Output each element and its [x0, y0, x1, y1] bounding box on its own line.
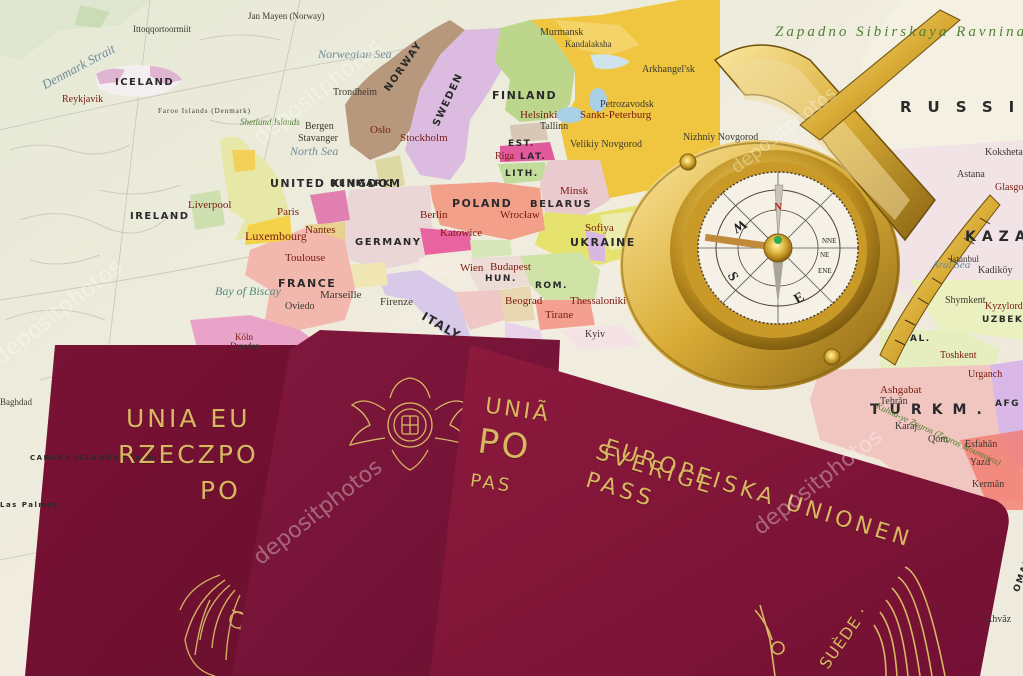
map-label: Oviedo [285, 302, 314, 312]
country-label: IRELAND [130, 212, 190, 222]
map-label: Marseille [320, 290, 362, 301]
map-label: Murmansk [540, 28, 583, 38]
map-label: Glasgow [995, 183, 1023, 193]
map-label: Riga [495, 152, 514, 162]
map-label: Ahvāz [985, 615, 1011, 625]
compass-north-letter: N [774, 202, 782, 213]
map-label: Las Palmas [0, 502, 59, 509]
passport-poland-line-2: RZECZPO [118, 440, 259, 469]
map-label: Esfahān [965, 440, 997, 450]
passport-poland-line-1: UNIA EU [126, 404, 251, 433]
map-label: Ittoqqortoormiit [133, 25, 191, 34]
map-label: Kermān [972, 480, 1004, 490]
map-label: Shymkent [945, 296, 986, 306]
map-label: Tirane [545, 310, 573, 321]
passport-portugal-line-2: PO [475, 421, 533, 468]
map-label: Zapadno Sibirskaya Ravnina (West Siberia… [775, 25, 1023, 40]
compass-label-ene: ENE [818, 268, 832, 275]
map-label: Liverpool [188, 200, 231, 211]
map-label: Kadiköy [978, 266, 1012, 276]
map-label: Jan Mayen (Norway) [248, 12, 324, 21]
map-label: Oslo [370, 125, 391, 136]
country-label: LAT. [520, 153, 546, 162]
map-label: Aral Sea [932, 260, 970, 271]
country-label: ROM. [535, 282, 568, 291]
map-label: Nantes [305, 225, 336, 236]
map-label: Tallinn [540, 122, 568, 132]
map-label: Kyiv [585, 330, 605, 340]
map-label: Beograd [505, 296, 542, 307]
map-label: Sofiya [585, 223, 614, 234]
country-label: POLAND [452, 198, 512, 209]
map-label: Astana [957, 170, 985, 180]
map-label: Thessaloniki [570, 296, 626, 307]
country-label: UKRAINE [570, 237, 636, 248]
map-label: Berlin [420, 210, 448, 221]
map-label: Wrocław [500, 210, 540, 221]
map-label: Toshkent [940, 351, 977, 361]
map-label: Arkhangel'sk [642, 65, 695, 75]
map-label: Ashgabat [880, 385, 922, 396]
map-label: Yazd [970, 458, 990, 468]
country-label: LITH. [505, 170, 539, 179]
map-label: Dresden [230, 342, 260, 351]
map-label: Katowice [440, 228, 482, 239]
country-label: EST. [508, 140, 535, 149]
compass-label-ne: NE [820, 252, 829, 259]
map-label: Budapest [490, 262, 531, 273]
map-label: Kokshetau [985, 148, 1023, 158]
country-label: RUSSIA [900, 100, 1023, 115]
country-label: GERMANY [355, 238, 422, 248]
map-label: Kyzylorda [985, 302, 1023, 312]
map-label: Luxembourg [245, 230, 307, 242]
map-label: Urganch [968, 370, 1002, 380]
country-label: UZBEK [982, 316, 1023, 325]
map-label: Paris [277, 207, 299, 218]
map-label: Petrozavodsk [600, 100, 654, 110]
country-label: AL. [910, 335, 931, 344]
map-label: Reykjavik [62, 95, 103, 105]
map-label: Firenze [380, 297, 413, 308]
compass-label-nne: NNE [822, 238, 836, 245]
map-label: Baghdad [0, 398, 32, 407]
map-label: Bay of Biscay [215, 285, 281, 297]
country-label: AFG [995, 400, 1020, 409]
country-label: ICELAND [115, 78, 174, 88]
country-label: DENMARK [330, 180, 391, 189]
map-label: Minsk [560, 186, 588, 197]
passport-poland-line-3: PO [200, 476, 241, 505]
map-label: Helsinki [520, 110, 557, 121]
map-label: Sankt-Peterburg [580, 110, 651, 121]
country-label: HUN. [485, 275, 517, 284]
country-label: FRANCE [278, 278, 336, 289]
country-label: FINLAND [492, 90, 557, 101]
map-label: Kandalaksha [565, 40, 611, 49]
map-label: Faroe Islands (Denmark) [158, 108, 251, 115]
map-label: Stavanger [298, 134, 338, 144]
map-label: Bergen [305, 122, 334, 132]
map-label: Toulouse [285, 253, 325, 264]
map-label: Wien [460, 263, 483, 274]
map-label: Stockholm [400, 133, 448, 144]
photo-scene: Jan Mayen (Norway) Ittoqqortoormiit Denm… [0, 0, 1023, 676]
country-label: KAZAKHSTAN [965, 230, 1023, 244]
map-label: Velikiy Novgorod [570, 140, 642, 150]
map-label: North Sea [290, 145, 338, 157]
map-label: Nizhniy Novgorod [683, 133, 758, 143]
